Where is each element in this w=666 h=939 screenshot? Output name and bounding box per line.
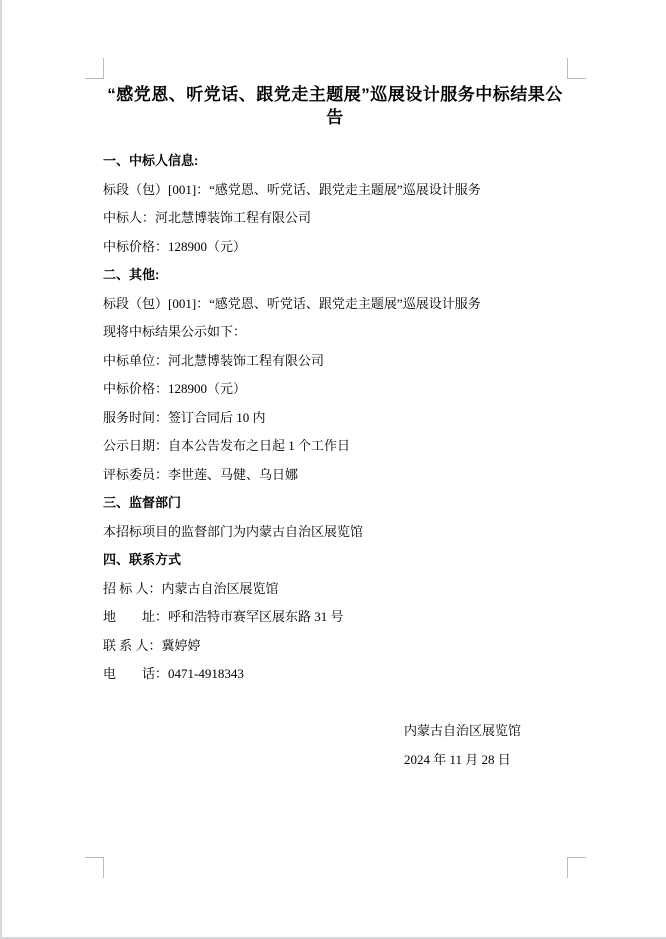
doc-line-supervisor: 本招标项目的监督部门为内蒙古自治区展览馆 xyxy=(103,518,567,547)
section-3-heading: 三、监督部门 xyxy=(103,489,567,518)
doc-line-winner-unit: 中标单位：河北慧博装饰工程有限公司 xyxy=(103,347,567,376)
crop-mark-top-left-icon xyxy=(85,58,104,79)
doc-line-phone: 电 话：0471-4918343 xyxy=(103,660,567,689)
crop-mark-bottom-left-icon xyxy=(85,857,104,878)
doc-line-contact: 联 系 人：冀婷婷 xyxy=(103,632,567,661)
crop-mark-top-right-icon xyxy=(567,58,586,79)
blank-line xyxy=(103,689,567,718)
doc-line-evaluators: 评标委员：李世莲、马健、乌日娜 xyxy=(103,461,567,490)
doc-line-announce: 现将中标结果公示如下： xyxy=(103,318,567,347)
doc-line-lot-2: 标段（包）[001]：“感党恩、听党话、跟党走主题展”巡展设计服务 xyxy=(103,290,567,319)
doc-line-tenderer: 招 标 人：内蒙古自治区展览馆 xyxy=(103,575,567,604)
section-1-heading: 一、中标人信息: xyxy=(103,147,567,176)
doc-line-price-2: 中标价格：128900（元） xyxy=(103,375,567,404)
doc-line-service-time: 服务时间：签订合同后 10 内 xyxy=(103,404,567,433)
document-page: “感党恩、听党话、跟党走主题展”巡展设计服务中标结果公告 一、中标人信息: 标段… xyxy=(0,0,666,939)
section-2-heading: 二、其他: xyxy=(103,261,567,290)
section-4-heading: 四、联系方式 xyxy=(103,546,567,575)
doc-line-address: 地 址：呼和浩特市赛罕区展东路 31 号 xyxy=(103,603,567,632)
signature-org: 内蒙古自治区展览馆 xyxy=(103,717,567,746)
doc-line-lot: 标段（包）[001]：“感党恩、听党话、跟党走主题展”巡展设计服务 xyxy=(103,176,567,205)
crop-mark-bottom-right-icon xyxy=(567,857,586,878)
doc-line-price: 中标价格：128900（元） xyxy=(103,233,567,262)
signature-date: 2024 年 11 月 28 日 xyxy=(103,746,567,775)
page-title: “感党恩、听党话、跟党走主题展”巡展设计服务中标结果公告 xyxy=(103,83,567,129)
document-content: “感党恩、听党话、跟党走主题展”巡展设计服务中标结果公告 一、中标人信息: 标段… xyxy=(103,83,567,774)
doc-line-winner: 中标人：河北慧博装饰工程有限公司 xyxy=(103,204,567,233)
doc-line-publicity-date: 公示日期：自本公告发布之日起 1 个工作日 xyxy=(103,432,567,461)
